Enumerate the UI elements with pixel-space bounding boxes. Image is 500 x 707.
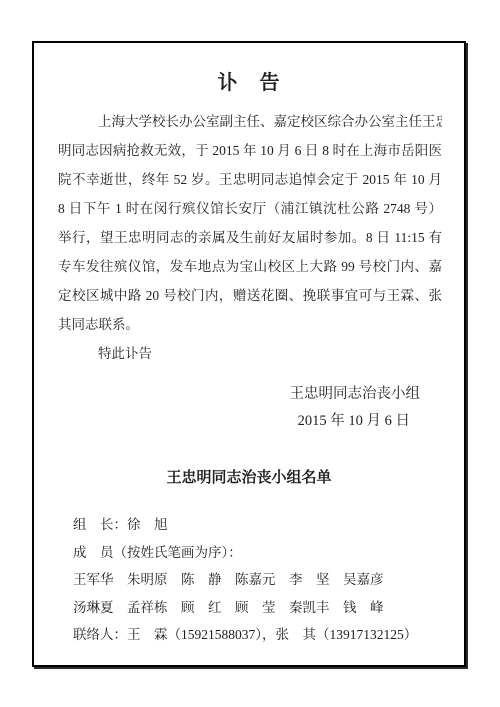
- roster-list: 组 长：徐 旭 成 员（按姓氏笔画为序）： 王军华 朱明原 陈 静 陈嘉元 李 …: [73, 511, 444, 649]
- notice-body-line: 定校区城中路 20 号校门内，赠送花圈、挽联事宜可与王霖、张: [58, 281, 442, 310]
- roster-leader-name: 徐 旭: [127, 517, 168, 532]
- roster-title: 王忠明同志治丧小组名单: [34, 467, 464, 489]
- notice-closing: 特此讣告: [58, 339, 442, 368]
- notice-body-line: 8 日下午 1 时在闵行殡仪馆长安厅（浦江镇沈杜公路 2748 号）: [58, 194, 442, 223]
- signature-date: 2015 年 10 月 6 日: [34, 407, 464, 435]
- notice-title: 讣 告: [34, 70, 464, 96]
- notice-body-line: 举行，望王忠明同志的亲属及生前好友届时参加。8 日 11:15 有: [58, 223, 442, 252]
- roster-contacts-label: 联络人：: [73, 627, 127, 642]
- signature-block: 王忠明同志治丧小组 2015 年 10 月 6 日: [34, 381, 464, 435]
- notice-body-line: 上海大学校长办公室副主任、嘉定校区综合办公室主任王忠: [58, 107, 442, 136]
- document-page: { "colors": { "text": "#1f1f1f", "border…: [0, 0, 500, 707]
- roster-contacts-line: 联络人：王 霖（15921588037），张 其（13917132125）: [73, 621, 444, 649]
- roster-member-row: 汤琳夏 孟祥栋 顾 红 顾 莹 秦凯丰 钱 峰: [73, 594, 444, 622]
- signature-name: 王忠明同志治丧小组: [34, 381, 464, 407]
- roster-leader-label: 组 长：: [73, 517, 127, 532]
- notice-border-frame: 讣 告 上海大学校长办公室副主任、嘉定校区综合办公室主任王忠 明同志因病抢救无效…: [32, 41, 466, 667]
- notice-body-line: 其同志联系。: [58, 310, 442, 339]
- roster-member-row: 王军华 朱明原 陈 静 陈嘉元 李 坚 吴嘉彦: [73, 566, 444, 594]
- roster-members-label: 成 员（按姓氏笔画为序）：: [73, 539, 444, 567]
- roster-leader-line: 组 长：徐 旭: [73, 511, 444, 539]
- notice-body-line: 专车发往殡仪馆，发车地点为宝山校区上大路 99 号校门内、嘉: [58, 252, 442, 281]
- notice-body-line: 明同志因病抢救无效，于 2015 年 10 月 6 日 8 时在上海市岳阳医: [58, 136, 442, 165]
- roster-contacts-text: 王 霖（15921588037），张 其（13917132125）: [127, 627, 417, 642]
- notice-body: 上海大学校长办公室副主任、嘉定校区综合办公室主任王忠 明同志因病抢救无效，于 2…: [58, 107, 442, 368]
- notice-body-line: 院不幸逝世，终年 52 岁。王忠明同志追悼会定于 2015 年 10 月: [58, 165, 442, 194]
